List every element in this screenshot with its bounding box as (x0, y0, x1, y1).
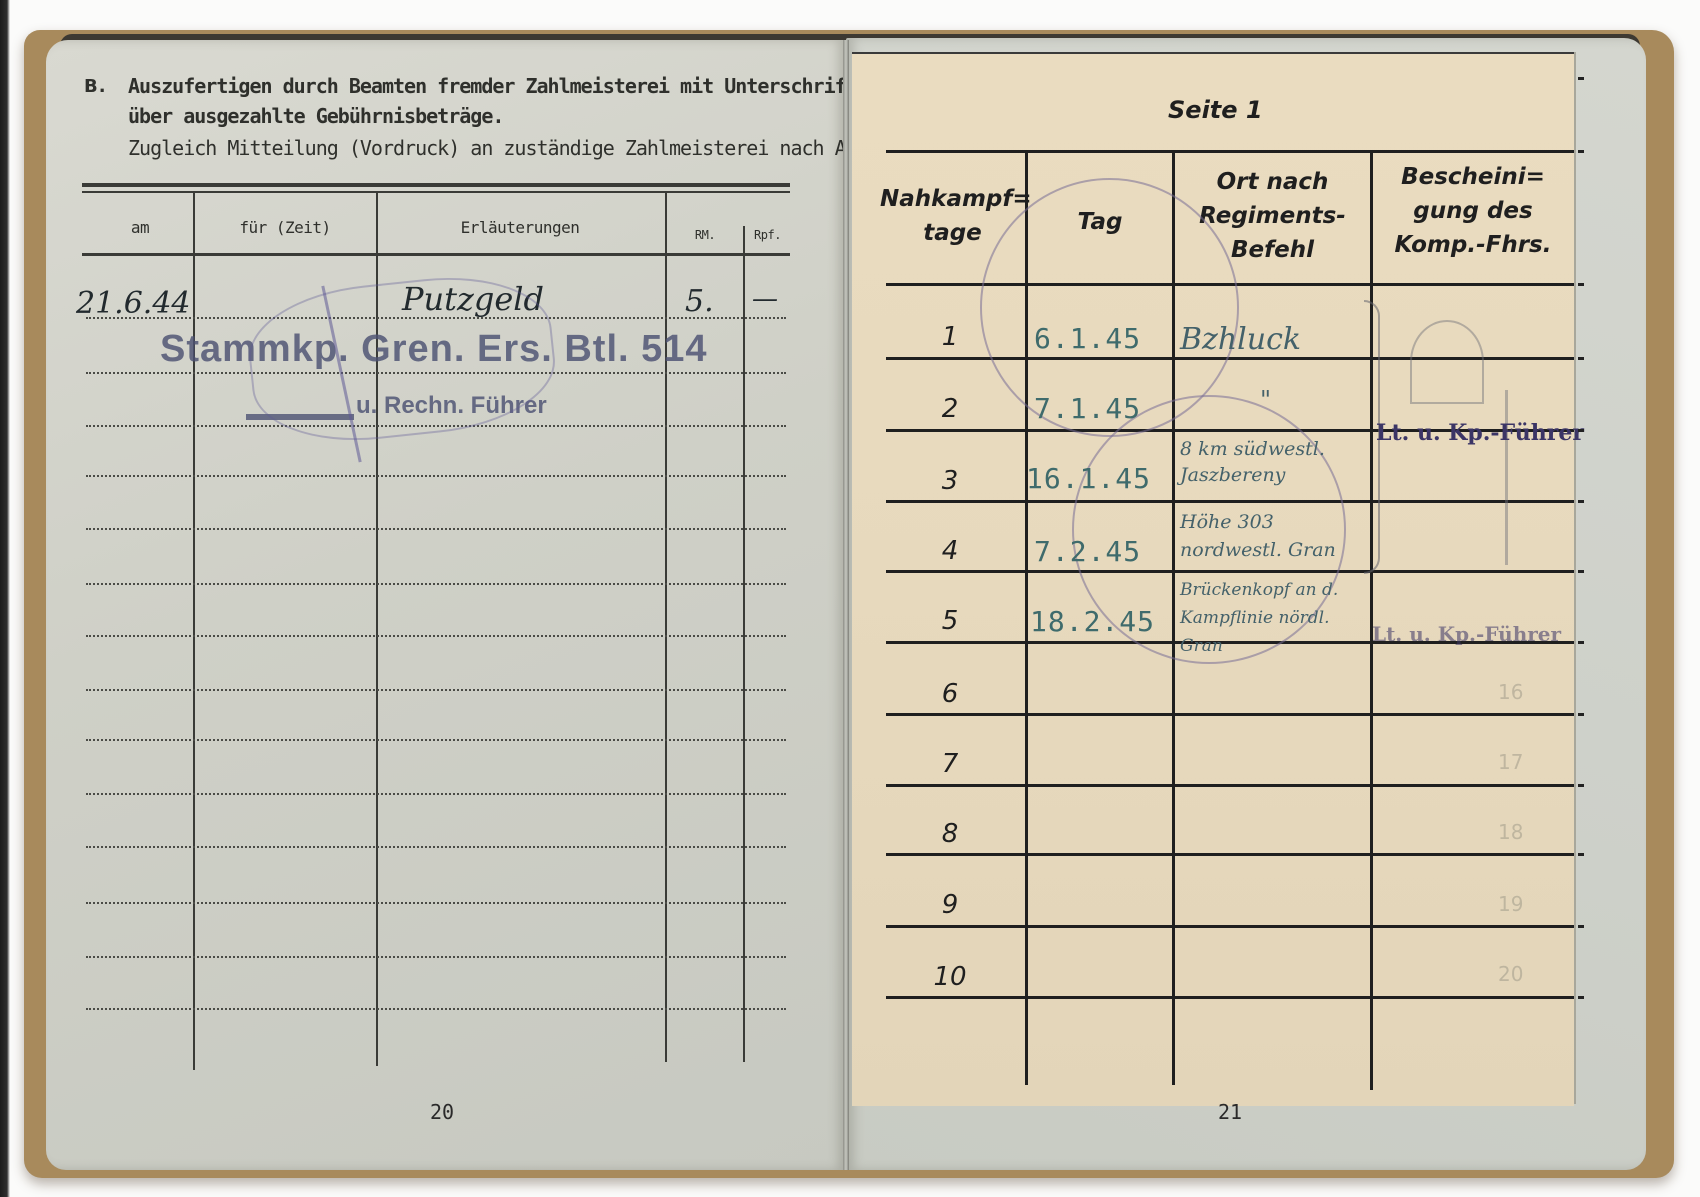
instruction-line-1: Auszufertigen durch Beamten fremder Zahl… (128, 74, 857, 98)
row-number: 2 (920, 394, 980, 424)
header-rule-top-thin (82, 191, 790, 193)
left-page (46, 40, 846, 1170)
row-number: 1 (920, 322, 980, 352)
column-header-erlaeuterungen: Erläuterungen (380, 218, 660, 237)
row-1-date: 6.1.45 (1034, 322, 1141, 355)
show-through-number: 18 (1498, 820, 1523, 844)
row-1-place: Bzhluck (1180, 322, 1301, 357)
table-rule-row (886, 784, 1576, 787)
show-through-number: 16 (1498, 680, 1523, 704)
table-rule-row (886, 853, 1576, 856)
row-2-date: 7.1.45 (1034, 392, 1141, 425)
row-number: 9 (920, 890, 980, 920)
column-header-fuer-zeit: für (Zeit) (200, 218, 370, 237)
column-header-rm: RM. (670, 228, 740, 242)
page-number-right: 21 (1218, 1100, 1242, 1124)
section-marker: B. (84, 76, 107, 97)
row-number: 8 (920, 819, 980, 849)
column-header-bescheinigung: Bescheini= gung des Komp.-Fhrs. (1373, 160, 1573, 262)
header-rule-top (82, 183, 790, 187)
instruction-line-3: Zugleich Mitteilung (Vordruck) an zustän… (128, 136, 857, 160)
header-rule-bottom (82, 253, 790, 256)
table-rule-top (886, 150, 1576, 153)
scanner-edge (0, 0, 10, 1197)
row-5-date: 18.2.45 (1030, 605, 1155, 638)
book-spine (843, 40, 849, 1170)
column-divider (743, 226, 745, 1062)
row-number: 10 (920, 962, 980, 992)
table-rule-row (886, 996, 1576, 999)
commander-signature (1410, 320, 1484, 404)
row-2-place: " (1260, 386, 1271, 414)
insert-title: Seite 1 (1168, 96, 1263, 124)
column-divider (665, 193, 667, 1062)
table-rule-row (886, 713, 1576, 716)
row-3-place: 8 km südwestl. Jaszbereny (1180, 436, 1370, 488)
insert-right-edge (1574, 52, 1576, 1104)
row-number: 7 (920, 749, 980, 779)
show-through-number: 20 (1498, 962, 1523, 986)
row-3-date: 16.1.45 (1026, 462, 1151, 495)
column-header-rpf: Rpf. (745, 228, 790, 242)
entry-rpf: — (752, 284, 778, 314)
table-col-divider (1370, 150, 1373, 1090)
row-number: 4 (920, 536, 980, 566)
commander-stamp-faint: Lt. u. Kp.-Führer (1372, 622, 1561, 646)
row-4-date: 7.2.45 (1034, 535, 1141, 568)
table-rule-row (886, 925, 1576, 928)
row-5-place: Brückenkopf an d. Kampflinie nördl. Gran (1180, 576, 1370, 660)
page-number-left: 20 (430, 1100, 454, 1124)
row-4-place: Höhe 303 nordwestl. Gran (1180, 508, 1370, 564)
signature-stroke (1505, 390, 1508, 565)
entry-date: 21.6.44 (76, 286, 191, 321)
entry-rm: 5. (685, 284, 714, 319)
column-divider (193, 193, 195, 1070)
show-through-number: 19 (1498, 892, 1523, 916)
row-number: 6 (920, 679, 980, 709)
instruction-line-2: über ausgezahlte Gebührnisbeträge. (128, 104, 503, 128)
column-header-am: am (100, 218, 180, 237)
commander-stamp: Lt. u. Kp.-Führer (1376, 420, 1584, 446)
row-number: 3 (920, 466, 980, 496)
show-through-number: 17 (1498, 750, 1523, 774)
row-number: 5 (920, 606, 980, 636)
